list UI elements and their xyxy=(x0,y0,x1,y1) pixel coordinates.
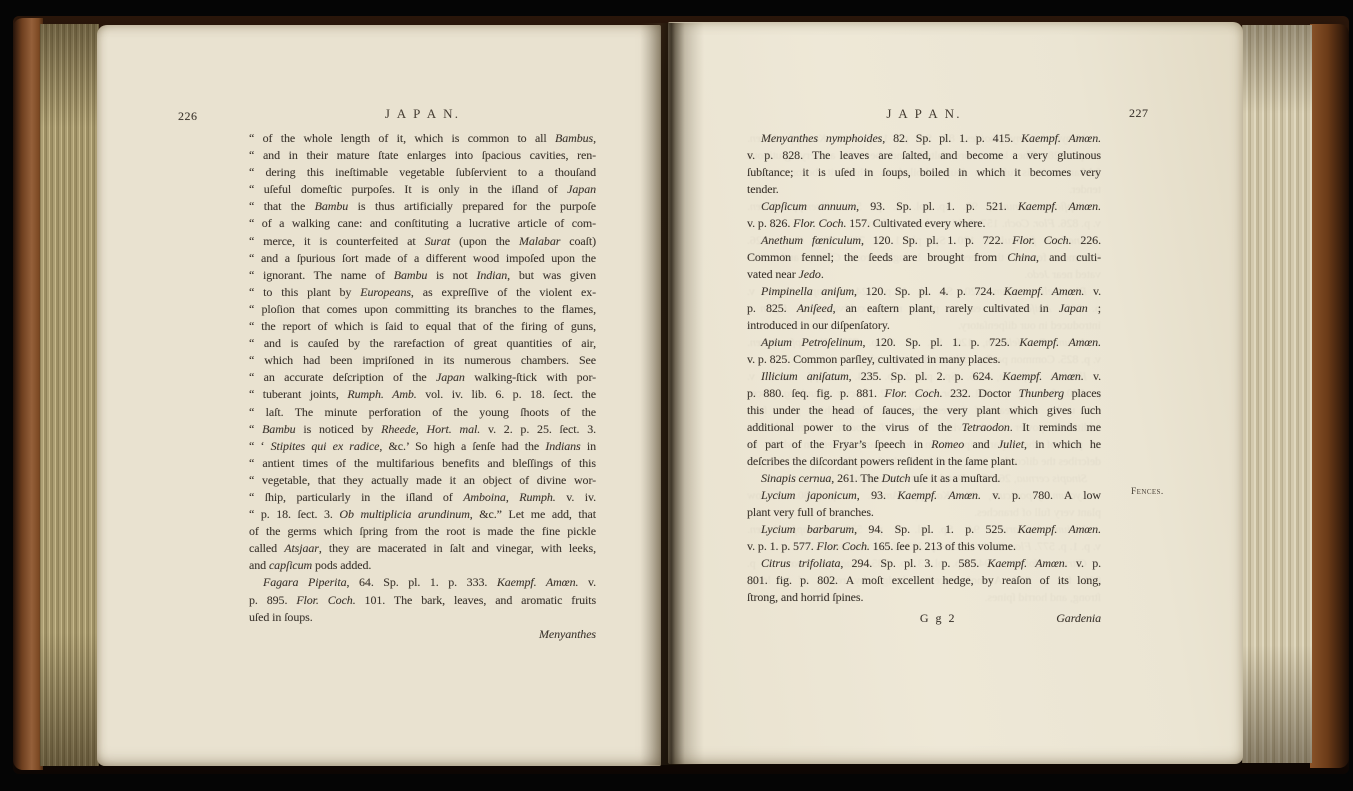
left-cover xyxy=(13,18,43,770)
italic-text: Citrus trifoliata xyxy=(761,556,840,570)
text-line: 801. fig. p. 802. A moſt excellent hedge… xyxy=(747,572,1101,589)
roman-text: 157. Cultivated every where. xyxy=(846,216,985,230)
italic-text: Juliet xyxy=(998,437,1024,451)
italic-text: Indian xyxy=(476,268,507,282)
roman-text: ſtrong, and horrid ſpines. xyxy=(747,590,863,604)
italic-text: Capſicum annuum xyxy=(761,199,856,213)
roman-text: , 235. Sp. pl. 2. p. 624. xyxy=(849,369,1003,383)
roman-text: , &c.” Let me add, that xyxy=(470,507,596,521)
roman-text: of the germs which ſpring from the root … xyxy=(249,524,596,538)
roman-text: p. 880. ſeq. fig. p. 881. xyxy=(747,386,885,400)
text-line: “ tuberant joints, Rumph. Amb. vol. iv. … xyxy=(249,386,596,403)
roman-text: , in which he xyxy=(1024,437,1101,451)
text-line: “ merce, it is counterfeited at Surat (u… xyxy=(249,233,596,250)
roman-text: , 64. Sp. pl. 1. p. 333. xyxy=(347,575,497,589)
roman-text: p. 895. xyxy=(249,593,296,607)
text-line: “ dering this ineſtimable vegetable ſubſ… xyxy=(249,164,596,181)
text-line: called Atsjaar, they are macerated in ſa… xyxy=(249,540,596,557)
italic-text: Bambus xyxy=(555,131,593,145)
text-line: “ vegetable, that they actually made it … xyxy=(249,472,596,489)
italic-text: capſicum xyxy=(269,558,312,572)
italic-text: Kaempf. Amœn. xyxy=(897,488,980,502)
roman-text: pods added. xyxy=(312,558,371,572)
italic-text: Apium Petroſelinum xyxy=(761,335,863,349)
roman-text: “ ſhip, particularly in the iſland of xyxy=(249,490,463,504)
roman-text: Common fennel; the ſeeds are brought fro… xyxy=(747,250,1007,264)
roman-text: , xyxy=(506,490,519,504)
italic-text: Romeo xyxy=(931,437,964,451)
text-line: uſed in ſoups. xyxy=(249,609,596,626)
roman-text: deſcribes the diſcordant powers reſident… xyxy=(747,454,1017,468)
right-fore-edge xyxy=(1242,25,1312,763)
italic-text: Ob multiplicia arundinum xyxy=(339,507,469,521)
roman-text: v. p. xyxy=(1068,556,1101,570)
roman-text: . It reminds me xyxy=(1010,420,1101,434)
text-line: “ laſt. The minute perforation of the yo… xyxy=(249,404,596,421)
italic-text: Atsjaar xyxy=(284,541,319,555)
roman-text: v. p. 1. p. 577. xyxy=(747,539,817,553)
roman-text: this under the head of ſauces, the very … xyxy=(747,403,1101,417)
text-line: Sinapis cernua, 261. The Dutch uſe it as… xyxy=(747,470,1101,487)
text-line: and capſicum pods added. xyxy=(249,557,596,574)
text-line: “ and a ſpurious ſort made of a differen… xyxy=(249,250,596,267)
roman-text: (upon the xyxy=(450,234,519,248)
roman-text: coaſt) xyxy=(560,234,596,248)
roman-text: “ ignorant. The name of xyxy=(249,268,394,282)
italic-text: Lycium barbarum xyxy=(761,522,854,536)
italic-text: Pimpinella aniſum xyxy=(761,284,854,298)
italic-text: Kaempf. Amœn. xyxy=(497,575,579,589)
italic-text: Malabar xyxy=(519,234,560,248)
roman-text: uſed in ſoups. xyxy=(249,610,313,624)
italic-text: Kaempf. Amœn. xyxy=(1018,199,1101,213)
roman-text: v. p. 826. xyxy=(747,216,793,230)
text-line: Capſicum annuum, 93. Sp. pl. 1. p. 521. … xyxy=(747,198,1101,215)
roman-text: called xyxy=(249,541,284,555)
roman-text: , but was given xyxy=(507,268,596,282)
text-line: Menyanthes nymphoides, 82. Sp. pl. 1. p.… xyxy=(747,130,1101,147)
italic-text: Bambu xyxy=(262,422,296,436)
right-cover xyxy=(1310,24,1349,768)
text-line: of the germs which ſpring from the root … xyxy=(249,523,596,540)
margin-note: Fences. xyxy=(1131,487,1164,497)
roman-text: , 93. Sp. pl. 1. p. 521. xyxy=(856,199,1018,213)
roman-text: and xyxy=(249,558,269,572)
roman-text: “ ‘ xyxy=(249,439,271,453)
roman-text: “ tuberant joints, xyxy=(249,387,347,401)
roman-text: of part of the Fryar’s ſpeech in xyxy=(747,437,931,451)
text-line: v. p. 828. The leaves are ſalted, and be… xyxy=(747,147,1101,164)
roman-text: “ to this plant by xyxy=(249,285,360,299)
roman-text: , 120. Sp. pl. 4. p. 724. xyxy=(854,284,1004,298)
italic-text: Thunberg xyxy=(1019,386,1064,400)
right-signature-row: G g 2 Gardenia xyxy=(747,606,1101,628)
italic-text: Japan xyxy=(567,182,596,196)
italic-text: Japan xyxy=(1059,301,1088,315)
signature-catchword-line: G g 2 Gardenia xyxy=(747,611,1101,628)
roman-text: , and culti- xyxy=(1036,250,1101,264)
catchword: Gardenia xyxy=(1056,611,1101,626)
left-page-number: 226 xyxy=(178,109,198,124)
italic-text: Kaempf. Amœn. xyxy=(1021,131,1101,145)
left-catchword-row: Menyanthes xyxy=(249,626,596,646)
roman-text: plant very full of branches. xyxy=(747,505,874,519)
italic-text: Kaempf. Amœn. xyxy=(1018,522,1101,536)
left-fore-edge xyxy=(40,24,99,766)
text-line: “ and in their mature ſtate enlarges int… xyxy=(249,147,596,164)
roman-text: “ that the xyxy=(249,199,315,213)
roman-text: , an eaſtern plant, rarely cultivated in xyxy=(833,301,1059,315)
italic-text: China xyxy=(1007,250,1036,264)
italic-text: Flor. Coch. xyxy=(885,386,943,400)
roman-text: “ and a ſpurious ſort made of a differen… xyxy=(249,251,596,265)
right-running-head: J A P A N. xyxy=(747,106,1101,122)
roman-text: v. 2. p. 25. ſect. 3. xyxy=(480,422,596,436)
roman-text: , 120. Sp. pl. 1. p. 722. xyxy=(861,233,1012,247)
roman-text: ; xyxy=(1088,301,1101,315)
text-line: Illicium aniſatum, 235. Sp. pl. 2. p. 62… xyxy=(747,368,1101,385)
roman-text: , 294. Sp. pl. 3. p. 585. xyxy=(840,556,987,570)
roman-text: v. p. 825. Common parſley, cultivated in… xyxy=(747,352,1000,366)
roman-text: , they are macerated in ſalt and vinegar… xyxy=(319,541,596,555)
italic-text: Japan xyxy=(436,370,465,384)
roman-text: uſe it as a muſtard. xyxy=(910,471,1000,485)
italic-text: Bambu xyxy=(315,199,349,213)
italic-text: Flor. Coch. xyxy=(296,593,355,607)
roman-text: “ and is cauſed by the rarefaction of gr… xyxy=(249,336,596,350)
roman-text: is not xyxy=(427,268,476,282)
roman-text: v. xyxy=(1084,284,1101,298)
text-line: “ uſeful domeſtic purpoſes. It is only i… xyxy=(249,181,596,198)
text-line: of part of the Fryar’s ſpeech in Romeo a… xyxy=(747,436,1101,453)
roman-text: , 82. Sp. pl. 1. p. 415. xyxy=(882,131,1021,145)
left-running-head: J A P A N. xyxy=(249,106,596,122)
italic-text: Flor. Coch. xyxy=(817,539,870,553)
italic-text: Lycium japonicum xyxy=(761,488,857,502)
roman-text: “ an accurate deſcription of the xyxy=(249,370,436,384)
text-line: v. p. 826. Flor. Coch. 157. Cultivated e… xyxy=(747,215,1101,232)
italic-text: Europeans xyxy=(360,285,411,299)
text-line: vated near Jedo. xyxy=(747,266,1101,283)
text-line: “ to this plant by Europeans, as expreſſ… xyxy=(249,284,596,301)
roman-text: introduced in our diſpenſatory. xyxy=(747,318,890,332)
roman-text: v. xyxy=(578,575,596,589)
text-line: “ of the whole length of it, which is co… xyxy=(249,130,596,147)
roman-text: , xyxy=(593,131,596,145)
text-line: this under the head of ſauces, the very … xyxy=(747,402,1101,419)
roman-text: “ xyxy=(249,422,262,436)
roman-text: tender. xyxy=(747,182,779,196)
text-line: Lycium barbarum, 94. Sp. pl. 1. p. 525. … xyxy=(747,521,1101,538)
text-line: “ p. 18. ſect. 3. Ob multiplicia arundin… xyxy=(249,506,596,523)
signature-mark: G g 2 xyxy=(920,611,957,626)
text-line: p. 825. Aniſeed, an eaſtern plant, rarel… xyxy=(747,300,1101,317)
text-line: tender. xyxy=(747,181,1101,198)
italic-text: Illicium aniſatum xyxy=(761,369,849,383)
italic-text: Flor. Coch. xyxy=(793,216,846,230)
roman-text: vated near xyxy=(747,267,799,281)
roman-text: “ ploſion that comes upon committing its… xyxy=(249,302,596,316)
roman-text: “ merce, it is counterfeited at xyxy=(249,234,425,248)
italic-text: Kaempf. Amœn. xyxy=(1004,284,1085,298)
italic-text: Indians xyxy=(545,439,580,453)
italic-text: Rumph. Amb. xyxy=(347,387,416,401)
roman-text: in xyxy=(581,439,596,453)
italic-text: Jedo xyxy=(799,267,821,281)
roman-text: , 261. The xyxy=(831,471,881,485)
italic-text: Menyanthes nymphoides xyxy=(761,131,882,145)
text-line: “ antient times of the multifarious bene… xyxy=(249,455,596,472)
roman-text: . xyxy=(821,267,824,281)
italic-text: Flor. Coch. xyxy=(1012,233,1071,247)
roman-text: “ p. 18. ſect. 3. xyxy=(249,507,339,521)
italic-text: Kaempf. Amœn. xyxy=(987,556,1067,570)
roman-text: “ antient times of the multifarious bene… xyxy=(249,456,596,470)
text-line: Fagara Piperita, 64. Sp. pl. 1. p. 333. … xyxy=(249,574,596,591)
text-line: “ which had been impriſoned in its numer… xyxy=(249,352,596,369)
italic-text: Amboina xyxy=(463,490,506,504)
roman-text: “ which had been impriſoned in its numer… xyxy=(249,353,596,367)
roman-text: 165. ſee p. 213 of this volume. xyxy=(870,539,1016,553)
roman-text: “ vegetable, that they actually made it … xyxy=(249,473,596,487)
text-line: “ the report of which is ſaid to equal t… xyxy=(249,318,596,335)
text-line: v. p. 1. p. 577. Flor. Coch. 165. ſee p.… xyxy=(747,538,1101,555)
roman-text: “ and in their mature ſtate enlarges int… xyxy=(249,148,596,162)
text-line: “ that the Bambu is thus artificially pr… xyxy=(249,198,596,215)
roman-text: and xyxy=(964,437,998,451)
text-line: Citrus trifoliata, 294. Sp. pl. 3. p. 58… xyxy=(747,555,1101,572)
roman-text: , as expreſſive of the violent ex- xyxy=(411,285,596,299)
text-line: “ ignorant. The name of Bambu is not Ind… xyxy=(249,267,596,284)
italic-text: Anethum fœniculum xyxy=(761,233,861,247)
roman-text: , &c.’ So high a ſenſe had the xyxy=(379,439,545,453)
text-line: Lycium japonicum, 93. Kaempf. Amœn. v. p… xyxy=(747,487,1101,504)
italic-text: Dutch xyxy=(882,471,911,485)
roman-text: is thus artificially prepared for the pu… xyxy=(348,199,596,213)
italic-text: Kaempf. Amœn. xyxy=(1003,369,1084,383)
roman-text: additional power to the virus of the xyxy=(747,420,962,434)
italic-text: Fagara Piperita xyxy=(263,575,347,589)
roman-text: , 120. Sp. pl. 1. p. 725. xyxy=(863,335,1020,349)
roman-text: “ the report of which is ſaid to equal t… xyxy=(249,319,596,333)
roman-text: , 94. Sp. pl. 1. p. 525. xyxy=(854,522,1018,536)
text-line: deſcribes the diſcordant powers reſident… xyxy=(747,453,1101,470)
text-line: v. p. 825. Common parſley, cultivated in… xyxy=(747,351,1101,368)
roman-text: v. p. 780. A low xyxy=(981,488,1101,502)
italic-text: Rheede, Hort. mal. xyxy=(381,422,480,436)
roman-text: “ uſeful domeſtic purpoſes. It is only i… xyxy=(249,182,567,196)
roman-text: ſubſtance; it is uſed in ſoups, boiled i… xyxy=(747,165,1101,179)
italic-text: Surat xyxy=(425,234,451,248)
roman-text: v. p. 828. The leaves are ſalted, and be… xyxy=(747,148,1101,162)
text-line: Apium Petroſelinum, 120. Sp. pl. 1. p. 7… xyxy=(747,334,1101,351)
italic-text: Tetraodon xyxy=(962,420,1010,434)
roman-text: vol. iv. lib. 6. p. 18. ſect. the xyxy=(417,387,596,401)
text-line: p. 880. ſeq. fig. p. 881. Flor. Coch. 23… xyxy=(747,385,1101,402)
text-line: introduced in our diſpenſatory. xyxy=(747,317,1101,334)
text-line: “ ſhip, particularly in the iſland of Am… xyxy=(249,489,596,506)
text-line: Anethum fœniculum, 120. Sp. pl. 1. p. 72… xyxy=(747,232,1101,249)
text-line: plant very full of branches. xyxy=(747,504,1101,521)
text-line: “ Bambu is noticed by Rheede, Hort. mal.… xyxy=(249,421,596,438)
roman-text: , 93. xyxy=(857,488,898,502)
roman-text: v. iv. xyxy=(556,490,596,504)
text-line: Common fennel; the ſeeds are brought fro… xyxy=(747,249,1101,266)
italic-text: Kaempf. Amœn. xyxy=(1019,335,1101,349)
roman-text: “ laſt. The minute perforation of the yo… xyxy=(249,405,596,419)
text-line: ſubſtance; it is uſed in ſoups, boiled i… xyxy=(747,164,1101,181)
roman-text: walking-ſtick with por- xyxy=(465,370,596,384)
roman-text: “ dering this ineſtimable vegetable ſubſ… xyxy=(249,165,596,179)
roman-text: places xyxy=(1064,386,1101,400)
roman-text: p. 825. xyxy=(747,301,797,315)
roman-text: 226. xyxy=(1072,233,1102,247)
text-line: ſtrong, and horrid ſpines. xyxy=(747,589,1101,606)
roman-text: v. xyxy=(1084,369,1101,383)
right-page-body: Menyanthes nymphoides, 82. Sp. pl. 1. p.… xyxy=(747,130,1101,606)
roman-text: “ of the whole length of it, which is co… xyxy=(249,131,555,145)
roman-text: is noticed by xyxy=(296,422,382,436)
italic-text: Aniſeed xyxy=(797,301,833,315)
text-line: “ of a walking cane: and conſtituting a … xyxy=(249,215,596,232)
italic-text: Bambu xyxy=(394,268,428,282)
right-page-number: 227 xyxy=(1129,106,1149,121)
catchword: Menyanthes xyxy=(249,627,596,642)
text-line: “ ploſion that comes upon committing its… xyxy=(249,301,596,318)
book-photo: Menyanthes nymphoides, 82. Sp. pl. 1. p.… xyxy=(0,0,1353,791)
italic-text: Rumph. xyxy=(519,490,555,504)
roman-text: 101. The bark, leaves, and aromatic frui… xyxy=(356,593,596,607)
text-line: additional power to the virus of the Tet… xyxy=(747,419,1101,436)
text-line: “ an accurate deſcription of the Japan w… xyxy=(249,369,596,386)
text-line: “ ‘ Stipites qui ex radice, &c.’ So high… xyxy=(249,438,596,455)
roman-text: 232. Doctor xyxy=(942,386,1018,400)
italic-text: Stipites qui ex radice xyxy=(271,439,380,453)
text-line: Pimpinella aniſum, 120. Sp. pl. 4. p. 72… xyxy=(747,283,1101,300)
left-page-body: “ of the whole length of it, which is co… xyxy=(249,130,596,626)
italic-text: Sinapis cernua xyxy=(761,471,831,485)
text-line: “ and is cauſed by the rarefaction of gr… xyxy=(249,335,596,352)
text-line: p. 895. Flor. Coch. 101. The bark, leave… xyxy=(249,592,596,609)
roman-text: “ of a walking cane: and conſtituting a … xyxy=(249,216,596,230)
roman-text: 801. fig. p. 802. A moſt excellent hedge… xyxy=(747,573,1101,587)
